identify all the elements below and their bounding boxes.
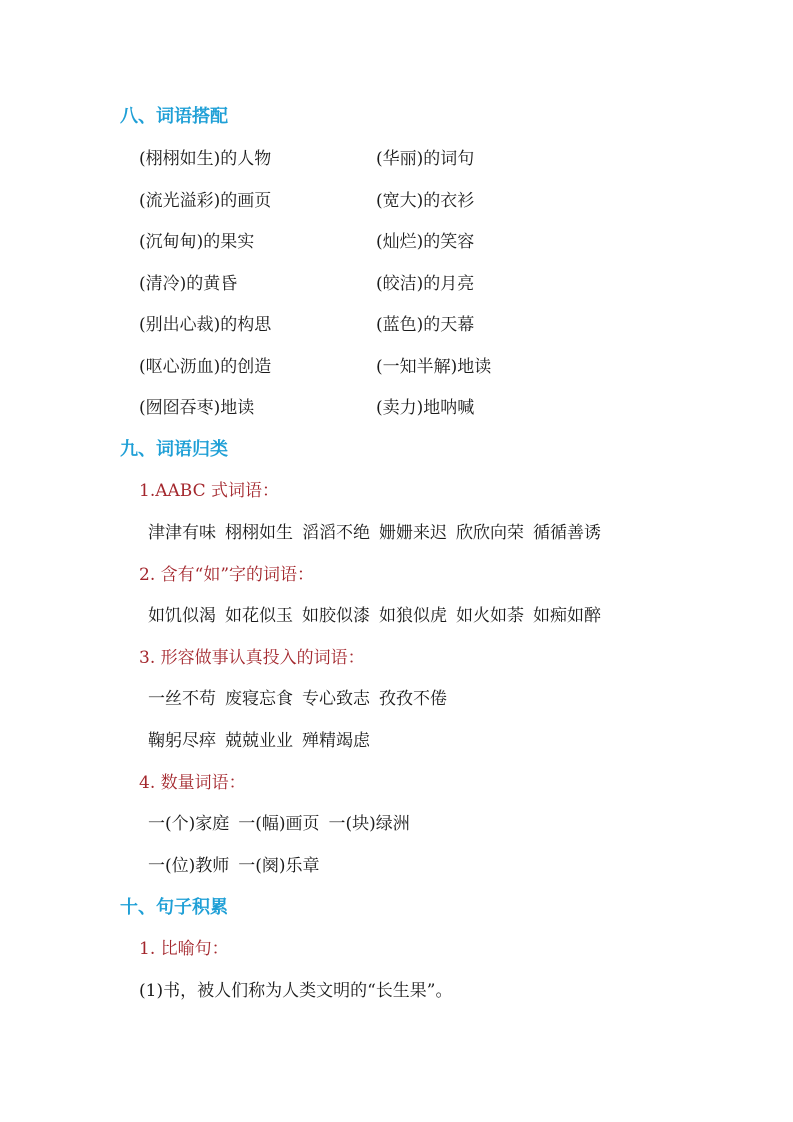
group-1-label: 1.AABC 式词语：	[139, 480, 279, 502]
group-3-words-line-1: 一丝不苟废寝忘食专心致志孜孜不倦	[148, 688, 456, 710]
group-1-words: 津津有味栩栩如生滔滔不绝姗姗来迟欣欣向荣循循善诱	[148, 522, 610, 544]
word: 兢兢业业	[225, 731, 293, 751]
pair-right: (蓝色)的天幕	[376, 314, 474, 336]
group-4-label: 4. 数量词语：	[139, 772, 246, 794]
word: 一(块)绿洲	[329, 814, 410, 834]
pair-left: (栩栩如生)的人物	[139, 148, 271, 170]
word: 殚精竭虑	[302, 731, 370, 751]
pair-left: (沉甸甸)的果实	[139, 231, 254, 253]
word: 一(个)家庭	[148, 814, 229, 834]
word: 如痴如醉	[533, 606, 601, 626]
pair-left: (呕心沥血)的创造	[139, 356, 271, 378]
word: 津津有味	[148, 523, 216, 543]
word: 如火如荼	[456, 606, 524, 626]
pair-right: (华丽)的词句	[376, 148, 474, 170]
word: 滔滔不绝	[302, 523, 370, 543]
word: 鞠躬尽瘁	[148, 731, 216, 751]
pair-right: (宽大)的衣衫	[376, 190, 474, 212]
word: 如花似玉	[225, 606, 293, 626]
sentence-1: (1)书，被人们称为人类文明的“长生果”。	[139, 980, 452, 1002]
section-8-title: 八、词语搭配	[120, 106, 228, 128]
group-4-words-line-1: 一(个)家庭一(幅)画页一(块)绿洲	[148, 813, 419, 835]
simile-label: 1. 比喻句：	[139, 938, 229, 960]
group-2-words: 如饥似渴如花似玉如胶似漆如狼似虎如火如荼如痴如醉	[148, 605, 610, 627]
word: 一(阕)乐章	[238, 856, 319, 876]
word: 废寝忘食	[225, 689, 293, 709]
word: 一(幅)画页	[238, 814, 319, 834]
pair-left: (别出心裁)的构思	[139, 314, 271, 336]
pair-right: (一知半解)地读	[376, 356, 491, 378]
word: 如狼似虎	[379, 606, 447, 626]
word: 孜孜不倦	[379, 689, 447, 709]
group-4-words-line-2: 一(位)教师一(阕)乐章	[148, 855, 329, 877]
pair-left: (流光溢彩)的画页	[139, 190, 271, 212]
word: 欣欣向荣	[456, 523, 524, 543]
pair-right: (卖力)地呐喊	[376, 397, 474, 419]
group-3-label: 3. 形容做事认真投入的词语：	[139, 647, 365, 669]
section-10-title: 十、句子积累	[120, 897, 228, 919]
word: 专心致志	[302, 689, 370, 709]
word: 如胶似漆	[302, 606, 370, 626]
word: 栩栩如生	[225, 523, 293, 543]
word: 一(位)教师	[148, 856, 229, 876]
section-9-title: 九、词语归类	[120, 439, 228, 461]
word: 循循善诱	[533, 523, 601, 543]
pair-right: (灿烂)的笑容	[376, 231, 474, 253]
pair-left: (清冷)的黄昏	[139, 273, 237, 295]
word: 如饥似渴	[148, 606, 216, 626]
group-3-words-line-2: 鞠躬尽瘁兢兢业业殚精竭虑	[148, 730, 379, 752]
word: 一丝不苟	[148, 689, 216, 709]
pair-left: (囫囵吞枣)地读	[139, 397, 254, 419]
word: 姗姗来迟	[379, 523, 447, 543]
group-2-label: 2. 含有“如”字的词语：	[139, 564, 314, 586]
pair-right: (皎洁)的月亮	[376, 273, 474, 295]
